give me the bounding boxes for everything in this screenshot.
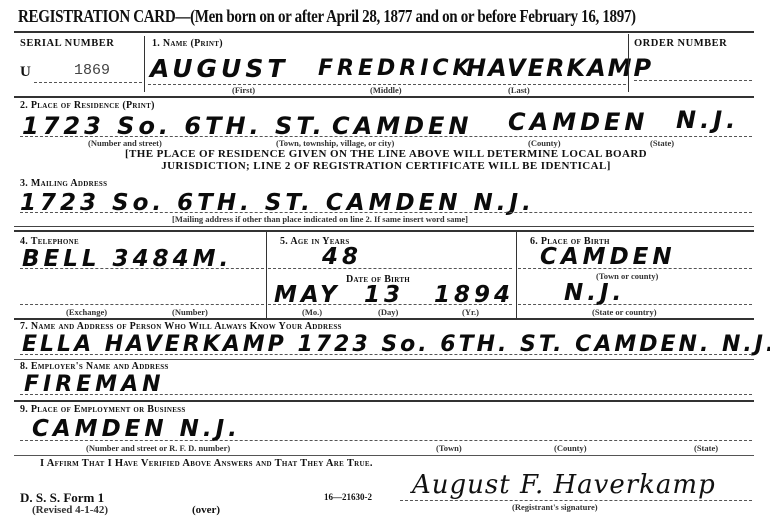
serial-number-value: 1869 (74, 62, 110, 79)
contact-underline (20, 354, 752, 355)
mailing-label: 3. Mailing Address (20, 178, 107, 189)
employment-state-caption: (State) (694, 443, 718, 453)
divider (516, 232, 517, 318)
birthplace-state-value: N.J. (564, 280, 625, 306)
first-name-value: AUGUST (150, 54, 288, 83)
exchange-caption: (Exchange) (66, 307, 107, 317)
residence-county-value: CAMDEN (508, 108, 648, 136)
divider (14, 400, 754, 402)
notice-line-2: JURISDICTION; LINE 2 OF REGISTRATION CER… (56, 160, 716, 172)
registrant-signature: August F. Haverkamp (412, 470, 716, 500)
affirmation-text: I Affirm That I Have Verified Above Answ… (40, 458, 373, 469)
print-code: 16—21630-2 (324, 492, 372, 502)
birthplace-town-underline (518, 268, 752, 269)
serial-number-label: SERIAL NUMBER (20, 38, 114, 49)
mailing-caption: [Mailing address if other than place ind… (172, 214, 468, 224)
serial-prefix: U (20, 64, 31, 81)
name-label: 1. Name (Print) (152, 38, 223, 49)
dob-underline (268, 304, 512, 305)
telephone-underline-2 (20, 304, 264, 305)
residence-underline (20, 136, 752, 137)
divider (14, 31, 754, 33)
birthplace-town-value: CAMDEN (540, 244, 676, 270)
last-name-value: HAVERKAMP (466, 54, 653, 82)
form-revised: (Revised 4-1-42) (32, 504, 108, 516)
birthplace-state-caption: (State or country) (592, 307, 657, 317)
residence-state-value: N.J. (676, 106, 739, 134)
number-caption: (Number) (172, 307, 208, 317)
town-caption: (Town, township, village, or city) (276, 138, 394, 148)
divider (628, 34, 629, 92)
notice-line-1: [THE PLACE OF RESIDENCE GIVEN ON THE LIN… (56, 148, 716, 160)
residence-label: 2. Place of Residence (Print) (20, 100, 155, 111)
middle-name-value: FREDRICK (318, 56, 474, 81)
day-caption: (Day) (378, 307, 398, 317)
divider (14, 318, 754, 320)
signature-caption: (Registrant's signature) (512, 502, 598, 512)
employment-town-caption: (Town) (436, 443, 462, 453)
age-value: 48 (322, 244, 362, 270)
year-caption: (Yr.) (462, 307, 479, 317)
month-caption: (Mo.) (302, 307, 322, 317)
divider (144, 36, 145, 92)
age-underline (268, 268, 512, 269)
jurisdiction-notice: [THE PLACE OF RESIDENCE GIVEN ON THE LIN… (56, 148, 716, 172)
telephone-underline (20, 268, 264, 269)
middle-caption: (Middle) (370, 85, 402, 95)
state-caption: (State) (650, 138, 674, 148)
employment-underline (20, 440, 752, 441)
street-caption: (Number and street) (88, 138, 162, 148)
divider (14, 226, 754, 232)
employment-street-caption: (Number and street or R. F. D. number) (86, 443, 230, 453)
divider (14, 359, 754, 360)
county-caption: (County) (528, 138, 561, 148)
order-number-field (634, 80, 752, 81)
contact-label: 7. Name and Address of Person Who Will A… (20, 321, 342, 332)
employment-place-label: 9. Place of Employment or Business (20, 404, 186, 415)
last-caption: (Last) (508, 85, 530, 95)
serial-underline (34, 82, 142, 83)
mailing-underline (20, 212, 752, 213)
employer-underline (20, 394, 752, 395)
over-note: (over) (192, 504, 220, 516)
employment-county-caption: (County) (554, 443, 587, 453)
divider (14, 96, 754, 98)
signature-line (400, 500, 752, 501)
order-number-label: ORDER NUMBER (634, 38, 727, 49)
card-title: REGISTRATION CARD—(Men born on or after … (18, 6, 636, 27)
divider (266, 232, 267, 318)
birthplace-state-underline (518, 304, 752, 305)
first-caption: (First) (232, 85, 255, 95)
employer-label: 8. Employer's Name and Address (20, 361, 169, 372)
employment-place-value: CAMDEN N.J. (32, 416, 241, 442)
divider (14, 455, 754, 456)
